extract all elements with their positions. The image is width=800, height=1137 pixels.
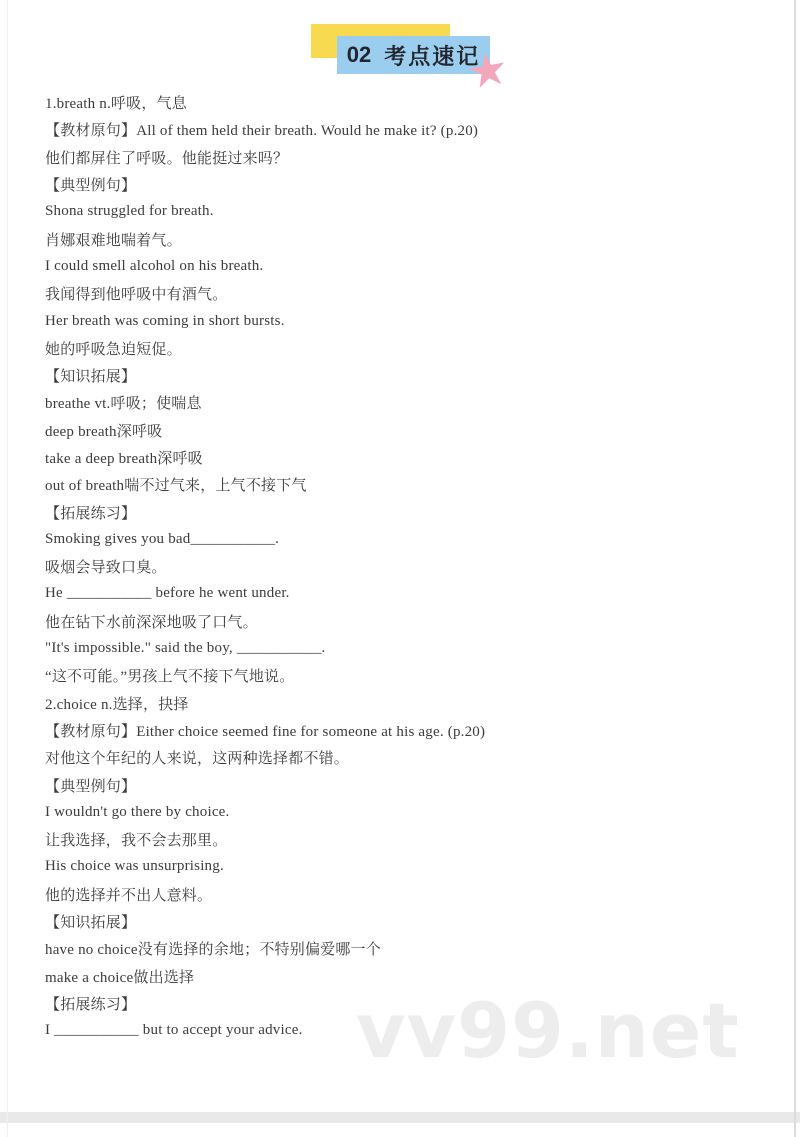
text-line: 【典型例句】	[45, 171, 760, 198]
text-line: "It's impossible." said the boy, _______…	[45, 635, 760, 662]
text-line: His choice was unsurprising.	[45, 853, 760, 880]
text-line: 我闻得到他呼吸中有酒气。	[45, 280, 760, 307]
text-line: 吸烟会导致口臭。	[45, 553, 760, 580]
text-line: take a deep breath深呼吸	[45, 444, 760, 471]
text-line: 【拓展练习】	[45, 990, 760, 1017]
text-line: Shona struggled for breath.	[45, 198, 760, 225]
text-line: Smoking gives you bad___________.	[45, 526, 760, 553]
text-line: 【知识拓展】	[45, 362, 760, 389]
text-line: 对他这个年纪的人来说，这两种选择都不错。	[45, 744, 760, 771]
text-line: I wouldn't go there by choice.	[45, 799, 760, 826]
text-line: have no choice没有选择的余地；不特别偏爱哪一个	[45, 935, 760, 962]
text-line: make a choice做出选择	[45, 963, 760, 990]
text-line: 【拓展练习】	[45, 498, 760, 525]
text-line: 让我选择，我不会去那里。	[45, 826, 760, 853]
text-line: 【知识拓展】	[45, 908, 760, 935]
section-number: 02	[347, 42, 371, 68]
text-line: deep breath深呼吸	[45, 417, 760, 444]
text-line: 1.breath n.呼吸，气息	[45, 89, 760, 116]
star-icon: ★	[463, 44, 512, 96]
text-line: 【典型例句】	[45, 771, 760, 798]
text-line: 他的选择并不出人意料。	[45, 881, 760, 908]
text-line: 肖娜艰难地喘着气。	[45, 225, 760, 252]
text-line: 【教材原句】Either choice seemed fine for some…	[45, 717, 760, 744]
text-line: 【教材原句】All of them held their breath. Wou…	[45, 116, 760, 143]
text-line: 2.choice n.选择，抉择	[45, 690, 760, 717]
text-line: out of breath喘不过气来，上气不接下气	[45, 471, 760, 498]
page-edge-right	[794, 0, 796, 1137]
text-line: Her breath was coming in short bursts.	[45, 307, 760, 334]
document-body: 1.breath n.呼吸，气息【教材原句】All of them held t…	[45, 89, 760, 1044]
text-line: I ___________ but to accept your advice.	[45, 1017, 760, 1044]
page-break-band	[0, 1112, 800, 1123]
document-page: 02 考点速记 ★ 1.breath n.呼吸，气息【教材原句】All of t…	[0, 0, 800, 1137]
text-line: 他在钻下水前深深地吸了口气。	[45, 608, 760, 635]
text-line: I could smell alcohol on his breath.	[45, 253, 760, 280]
text-line: breathe vt.呼吸；使喘息	[45, 389, 760, 416]
text-line: 他们都屏住了呼吸。他能挺过来吗？	[45, 144, 760, 171]
page-edge-left	[7, 0, 8, 1137]
text-line: He ___________ before he went under.	[45, 580, 760, 607]
text-line: 她的呼吸急迫短促。	[45, 335, 760, 362]
text-line: “这不可能。”男孩上气不接下气地说。	[45, 662, 760, 689]
